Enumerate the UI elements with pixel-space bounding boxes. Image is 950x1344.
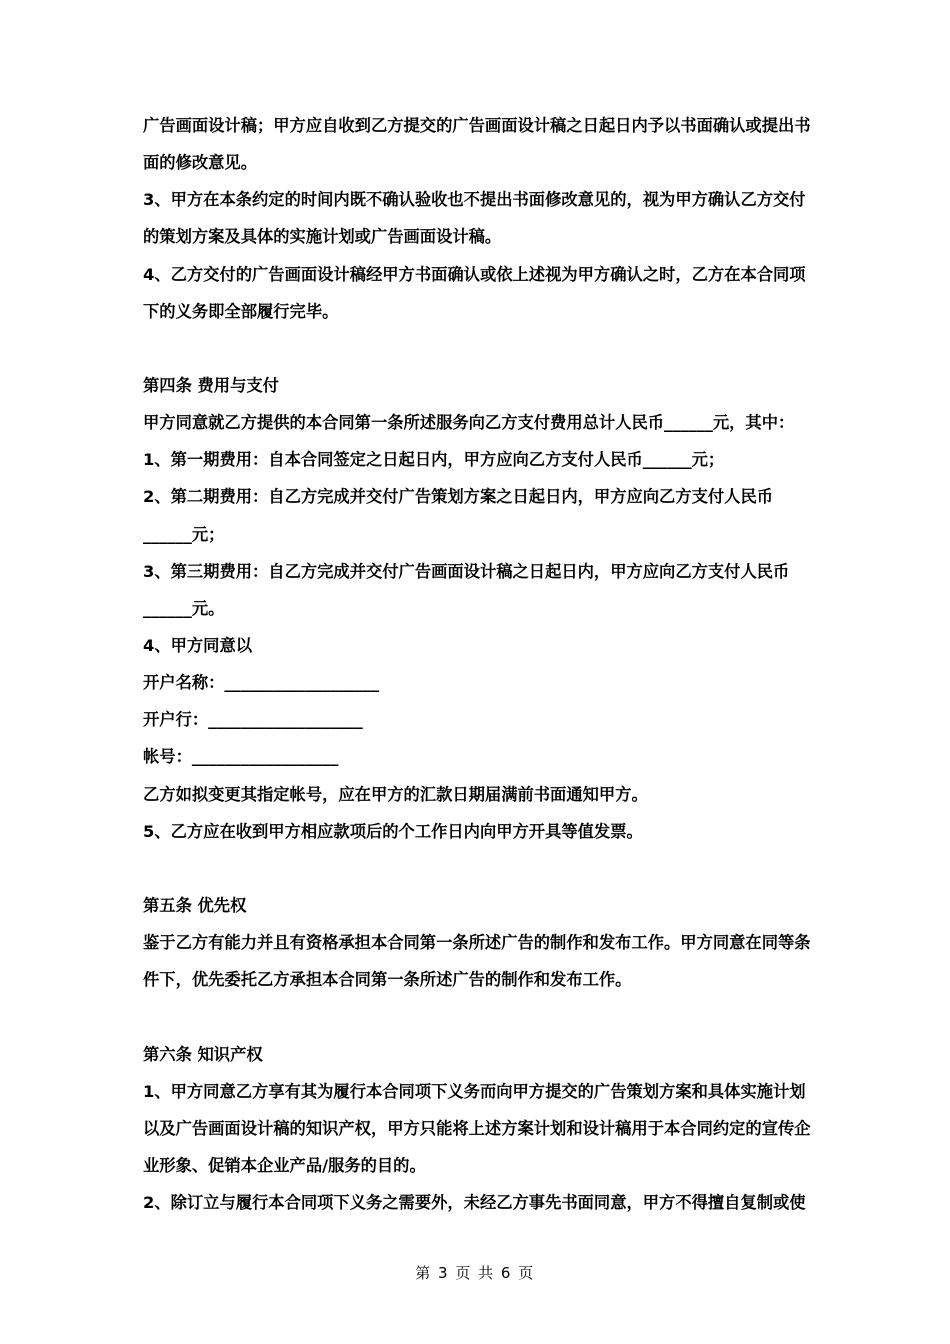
text-line: 帐号：__________________ [143, 738, 855, 775]
text-line: 4、乙方交付的广告画面设计稿经甲方书面确认或依上述视为甲方确认之时，乙方在本合同… [143, 256, 855, 293]
text-line: 业形象、促销本企业产品/服务的目的。 [143, 1147, 855, 1184]
text-line: 乙方如拟变更其指定帐号，应在甲方的汇款日期届满前书面通知甲方。 [143, 776, 855, 813]
text-line: 以及广告画面设计稿的知识产权，甲方只能将上述方案计划和设计稿用于本合同约定的宣传… [143, 1110, 855, 1147]
page-footer: 第 3 页 共 6 页 [0, 1262, 950, 1283]
text-line: 件下，优先委托乙方承担本合同第一条所述广告的制作和发布工作。 [143, 961, 855, 998]
document-lines: 广告画面设计稿；甲方应自收到乙方提交的广告画面设计稿之日起日内予以书面确认或提出… [143, 107, 855, 1221]
section-heading: 第六条 知识产权 [143, 1036, 855, 1073]
text-line: 4、甲方同意以 [143, 627, 855, 664]
text-line: 1、甲方同意乙方享有其为履行本合同项下义务而向甲方提交的广告策划方案和具体实施计… [143, 1073, 855, 1110]
text-line: ______元。 [143, 590, 855, 627]
text-line: 2、第二期费用：自乙方完成并交付广告策划方案之日起日内，甲方应向乙方支付人民币 [143, 478, 855, 515]
text-line: 下的义务即全部履行完毕。 [143, 293, 855, 330]
section-heading: 第五条 优先权 [143, 887, 855, 924]
blank-line [143, 330, 855, 367]
text-line: 甲方同意就乙方提供的本合同第一条所述服务向乙方支付费用总计人民币______元，… [143, 404, 855, 441]
blank-line [143, 998, 855, 1035]
section-heading: 第四条 费用与支付 [143, 367, 855, 404]
text-line: 广告画面设计稿；甲方应自收到乙方提交的广告画面设计稿之日起日内予以书面确认或提出… [143, 107, 855, 144]
blank-line [143, 850, 855, 887]
page-number-indicator: 第 3 页 共 6 页 [415, 1264, 534, 1282]
text-line: 3、甲方在本条约定的时间内既不确认验收也不提出书面修改意见的，视为甲方确认乙方交… [143, 181, 855, 218]
text-line: 鉴于乙方有能力并且有资格承担本合同第一条所述广告的制作和发布工作。甲方同意在同等… [143, 924, 855, 961]
text-line: 开户行：___________________ [143, 701, 855, 738]
text-line: 1、第一期费用：自本合同签定之日起日内，甲方应向乙方支付人民币______元； [143, 441, 855, 478]
text-line: 开户名称：___________________ [143, 664, 855, 701]
text-line: 2、除订立与履行本合同项下义务之需要外，未经乙方事先书面同意，甲方不得擅自复制或… [143, 1184, 855, 1221]
text-line: 的策划方案及具体的实施计划或广告画面设计稿。 [143, 218, 855, 255]
text-line: 3、第三期费用：自乙方完成并交付广告画面设计稿之日起日内，甲方应向乙方支付人民币 [143, 553, 855, 590]
text-line: 5、乙方应在收到甲方相应款项后的个工作日内向甲方开具等值发票。 [143, 813, 855, 850]
document-page: 广告画面设计稿；甲方应自收到乙方提交的广告画面设计稿之日起日内予以书面确认或提出… [0, 0, 950, 1344]
text-line: ______元； [143, 516, 855, 553]
text-line: 面的修改意见。 [143, 144, 855, 181]
